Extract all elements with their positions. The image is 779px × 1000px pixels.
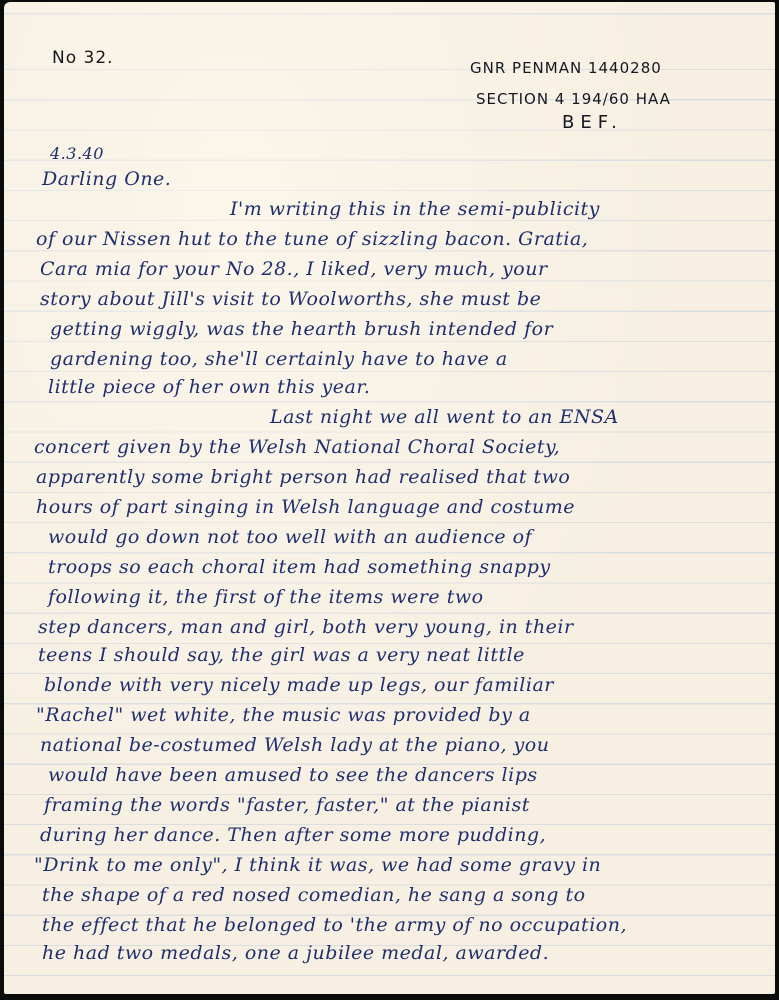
letter-line: framing the words "faster, faster," at t… (44, 794, 530, 816)
letter-line: little piece of her own this year. (48, 376, 370, 398)
letter-line: of our Nissen hut to the tune of sizzlin… (36, 228, 588, 250)
letter-line: he had two medals, one a jubilee medal, … (42, 942, 549, 964)
letter-line: teens I should say, the girl was a very … (38, 644, 525, 666)
sender-force: BEF. (562, 112, 623, 133)
letter-line: "Drink to me only", I think it was, we h… (34, 854, 601, 876)
sender-unit: SECTION 4 194/60 HAA (476, 90, 671, 108)
salutation: Darling One. (42, 168, 171, 190)
letter-line: I'm writing this in the semi-publicity (230, 198, 600, 220)
letter-page: No 32. GNR PENMAN 1440280 SECTION 4 194/… (4, 2, 775, 994)
letter-line: story about Jill's visit to Woolworths, … (40, 288, 541, 310)
letter-line: troops so each choral item had something… (48, 556, 551, 578)
letter-line: getting wiggly, was the hearth brush int… (50, 318, 553, 340)
letter-line: following it, the first of the items wer… (48, 586, 484, 608)
letter-line: national be-costumed Welsh lady at the p… (40, 734, 549, 756)
letter-line: step dancers, man and girl, both very yo… (38, 616, 574, 638)
letter-line: Cara mia for your No 28., I liked, very … (40, 258, 548, 280)
letter-line: concert given by the Welsh National Chor… (34, 436, 560, 458)
letter-number: No 32. (52, 48, 114, 68)
letter-line: hours of part singing in Welsh language … (36, 496, 575, 518)
sender-name-service-number: GNR PENMAN 1440280 (470, 59, 662, 77)
letter-line: Last night we all went to an ENSA (270, 406, 619, 428)
letter-line: during her dance. Then after some more p… (40, 824, 546, 846)
letter-line: would go down not too well with an audie… (48, 526, 532, 548)
letter-line: apparently some bright person had realis… (36, 466, 570, 488)
letter-line: blonde with very nicely made up legs, ou… (44, 674, 554, 696)
letter-line: "Rachel" wet white, the music was provid… (36, 704, 531, 726)
letter-line: would have been amused to see the dancer… (48, 764, 538, 786)
letter-line: gardening too, she'll certainly have to … (50, 348, 508, 370)
letter-date: 4.3.40 (50, 144, 104, 163)
letter-line: the effect that he belonged to 'the army… (42, 914, 627, 936)
letter-line: the shape of a red nosed comedian, he sa… (42, 884, 586, 906)
